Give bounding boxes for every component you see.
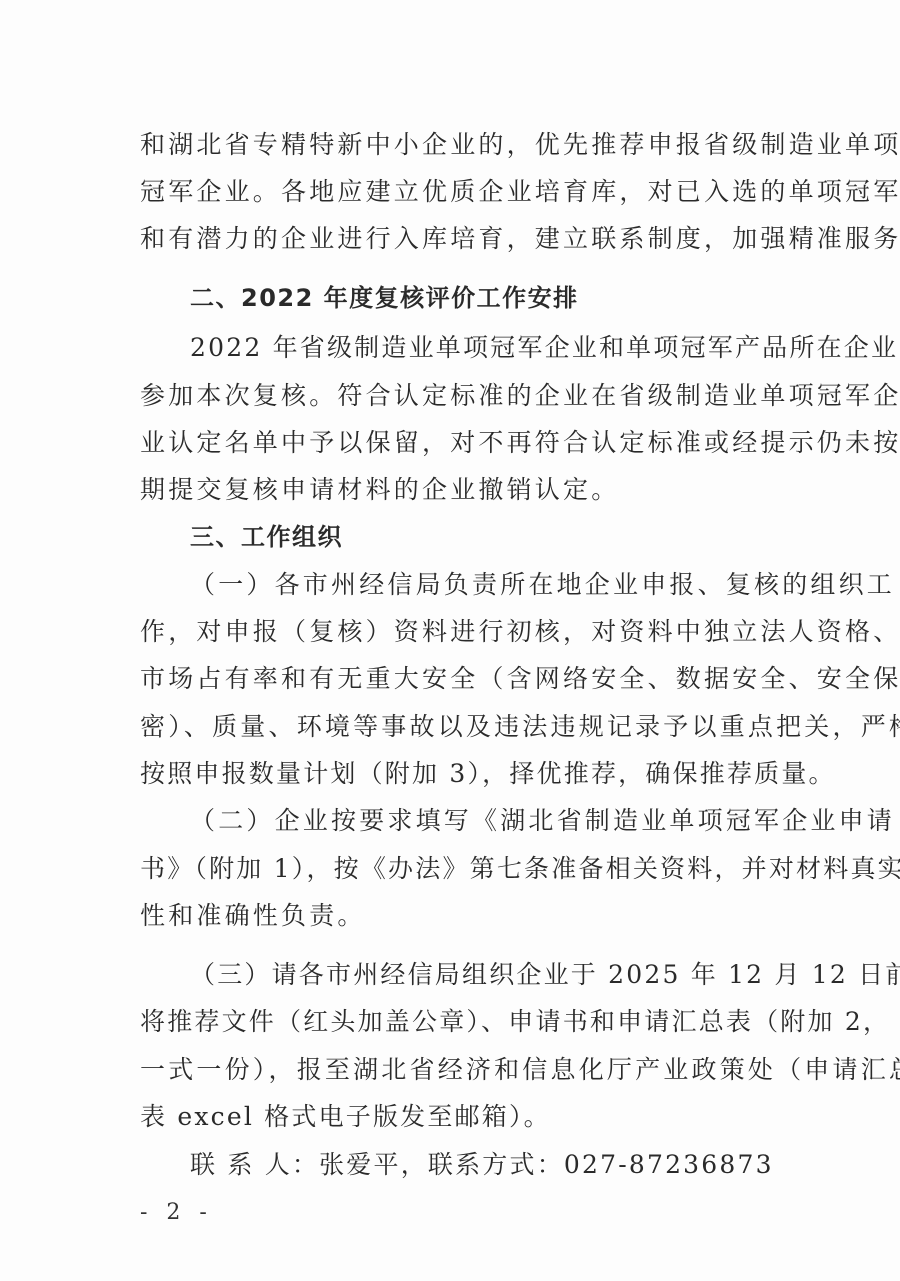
body-text-line: 期提交复核申请材料的企业撤销认定。 <box>140 475 820 505</box>
body-text-line: 书》（附加 1），按《办法》第七条准备相关资料，并对材料真实 <box>140 854 820 884</box>
body-text-line: 2022 年省级制造业单项冠军企业和单项冠军产品所在企业 <box>190 333 870 363</box>
body-text-line: 按照申报数量计划（附加 3），择优推荐，确保推荐质量。 <box>140 759 820 789</box>
body-text-line: （三）请各市州经信局组织企业于 2025 年 12 月 12 日前， <box>190 960 870 990</box>
body-text-line: 业认定名单中予以保留，对不再符合认定标准或经提示仍未按 <box>140 428 820 458</box>
body-text-line: 表 excel 格式电子版发至邮箱）。 <box>140 1102 820 1132</box>
body-text-line: 和湖北省专精特新中小企业的，优先推荐申报省级制造业单项 <box>140 130 820 160</box>
page-number: - 2 - <box>140 1200 213 1225</box>
body-text-line: 参加本次复核。符合认定标准的企业在省级制造业单项冠军企 <box>140 381 820 411</box>
body-text-line: 冠军企业。各地应建立优质企业培育库，对已入选的单项冠军 <box>140 177 820 207</box>
body-text-line: 作，对申报（复核）资料进行初核，对资料中独立法人资格、 <box>140 617 820 647</box>
body-text-line: 一式一份），报至湖北省经济和信息化厅产业政策处（申请汇总 <box>140 1055 820 1085</box>
body-text-line: 和有潜力的企业进行入库培育，建立联系制度，加强精准服务。 <box>140 224 820 254</box>
body-text-line: 密）、质量、环境等事故以及违法违规记录予以重点把关，严格 <box>140 712 820 742</box>
body-text-line: （一）各市州经信局负责所在地企业申报、复核的组织工 <box>190 570 870 600</box>
body-text-line: 性和准确性负责。 <box>140 901 820 931</box>
body-text-line: （二）企业按要求填写《湖北省制造业单项冠军企业申请 <box>190 806 870 836</box>
body-text-line: 将推荐文件（红头加盖公章）、申请书和申请汇总表（附加 2， <box>140 1007 820 1037</box>
section-heading-3: 三、工作组织 <box>190 522 870 552</box>
body-text-line: 市场占有率和有无重大安全（含网络安全、数据安全、安全保 <box>140 664 820 694</box>
contact-line: 联 系 人：张爱平，联系方式：027-87236873 <box>190 1150 870 1180</box>
document-page: 和湖北省专精特新中小企业的，优先推荐申报省级制造业单项 冠军企业。各地应建立优质… <box>0 0 900 1281</box>
section-heading-2: 二、2022 年度复核评价工作安排 <box>190 283 870 313</box>
